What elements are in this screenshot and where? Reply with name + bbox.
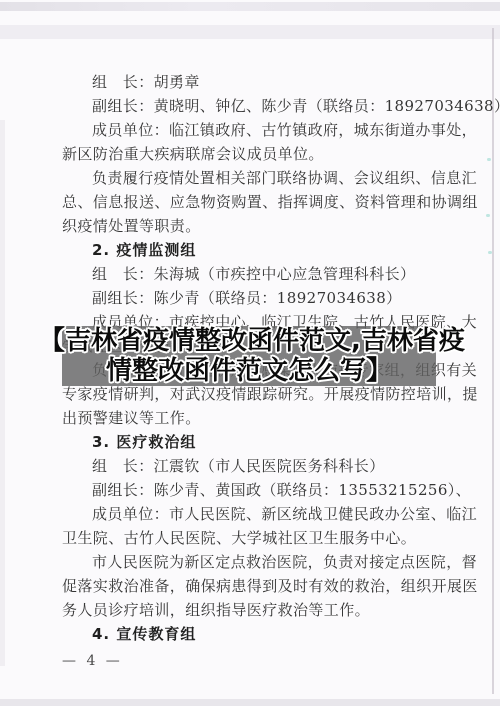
text-line: 组 长：江震钦（市人民医院医务科科长） <box>62 454 442 478</box>
text-line: 组 长：胡勇章 <box>62 70 442 94</box>
page-number: — 4 — <box>62 653 123 669</box>
text-line: 副组长：陈少青（联络员：18927034638） <box>62 286 442 310</box>
text-line: 副组长：黄晓明、钟亿、陈少青（联络员：18927034638） <box>62 94 442 118</box>
scan-band-top <box>0 2 500 11</box>
scan-edge-left <box>0 120 5 666</box>
scan-speck <box>487 158 491 161</box>
caption-line-1: 【吉林省疫情整改函件范文,吉林省疫 <box>39 326 459 356</box>
caption-line-2: 情整改函件范文怎么写】 <box>39 356 459 386</box>
text-line: 务人员诊疗培训，组织指导医疗救治等工作。 <box>62 598 442 622</box>
caption-overlay: 【吉林省疫情整改函件范文,吉林省疫 情整改函件范文怎么写】 <box>62 326 436 386</box>
scan-band-top-2 <box>0 25 500 39</box>
text-line: 市人民医院为新区定点救治医院，负责对接定点医院，督 <box>62 550 442 574</box>
scan-speck <box>488 251 492 254</box>
text-line: 成员单位：市人民医院、新区统战卫健民政办公室、临江 <box>62 502 442 526</box>
text-line: 出预警建议等工作。 <box>62 406 442 430</box>
scan-band-bottom <box>0 699 500 706</box>
text-line: 负责履行疫情处置相关部门联络协调、会议组织、信息汇 <box>62 166 442 190</box>
text-line: 织疫情处置等职责。 <box>62 214 442 238</box>
section-heading: 4. 宣传教育组 <box>62 622 442 646</box>
section-heading: 2. 疫情监测组 <box>62 238 442 262</box>
text-line: 副组长：陈少青、黄国政（联络员：13553215256）、 <box>62 478 442 502</box>
text-line: 总、信息报送、应急物资购置、指挥调度、资料管理和协调组 <box>62 190 442 214</box>
text-line: 组 长：朱海城（市疾控中心应急管理科科长） <box>62 262 442 286</box>
caption-overlay-text: 【吉林省疫情整改函件范文,吉林省疫 情整改函件范文怎么写】 <box>39 326 459 386</box>
text-line: 成员单位：临江镇政府、古竹镇政府，城东街道办事处， <box>62 118 442 142</box>
text-line: 卫生院、古竹人民医院、大学城社区卫生服务中心。 <box>62 526 442 550</box>
section-heading: 3. 医疗救治组 <box>62 430 442 454</box>
text-line: 促落实救治准备，确保病患得到及时有效的救治，组织开展医 <box>62 574 442 598</box>
scan-page-edge-line <box>492 28 494 694</box>
scan-speck <box>486 214 490 217</box>
text-line: 新区防治重大疾病联席会议成员单位。 <box>62 142 442 166</box>
